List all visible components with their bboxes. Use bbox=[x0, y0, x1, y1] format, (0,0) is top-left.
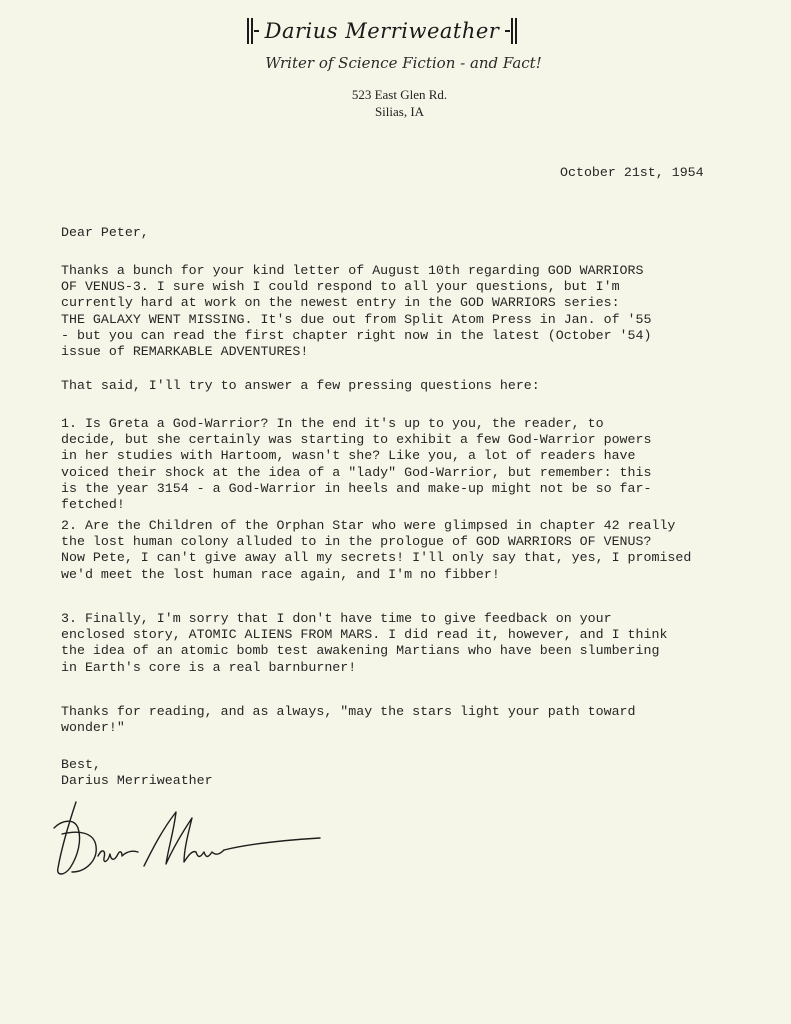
body-paragraph-2: That said, I'll try to answer a few pres… bbox=[61, 378, 540, 394]
letter-date: October 21st, 1954 bbox=[560, 165, 704, 181]
answer-2: 2. Are the Children of the Orphan Star w… bbox=[61, 518, 691, 583]
letterhead-name-row: Darius Merriweather bbox=[246, 14, 518, 48]
author-tagline: Writer of Science Fiction - and Fact! bbox=[0, 54, 791, 72]
signoff: Best, Darius Merriweather bbox=[61, 757, 213, 789]
address-line-1: 523 East Glen Rd. bbox=[8, 86, 791, 103]
return-address: 523 East Glen Rd. Silias, IA bbox=[0, 86, 791, 120]
answer-3: 3. Finally, I'm sorry that I don't have … bbox=[61, 611, 667, 676]
closing-paragraph: Thanks for reading, and as always, "may … bbox=[61, 704, 636, 736]
answer-1: 1. Is Greta a God-Warrior? In the end it… bbox=[61, 416, 651, 513]
author-name: Darius Merriweather bbox=[265, 19, 500, 43]
letter-page: Darius Merriweather Writer of Science Fi… bbox=[0, 0, 791, 1024]
left-ornament-icon bbox=[246, 17, 259, 45]
address-line-2: Silias, IA bbox=[8, 103, 791, 120]
right-ornament-icon bbox=[505, 17, 518, 45]
salutation: Dear Peter, bbox=[61, 225, 149, 241]
signature-icon bbox=[48, 790, 328, 880]
body-paragraph-1: Thanks a bunch for your kind letter of A… bbox=[61, 263, 651, 360]
